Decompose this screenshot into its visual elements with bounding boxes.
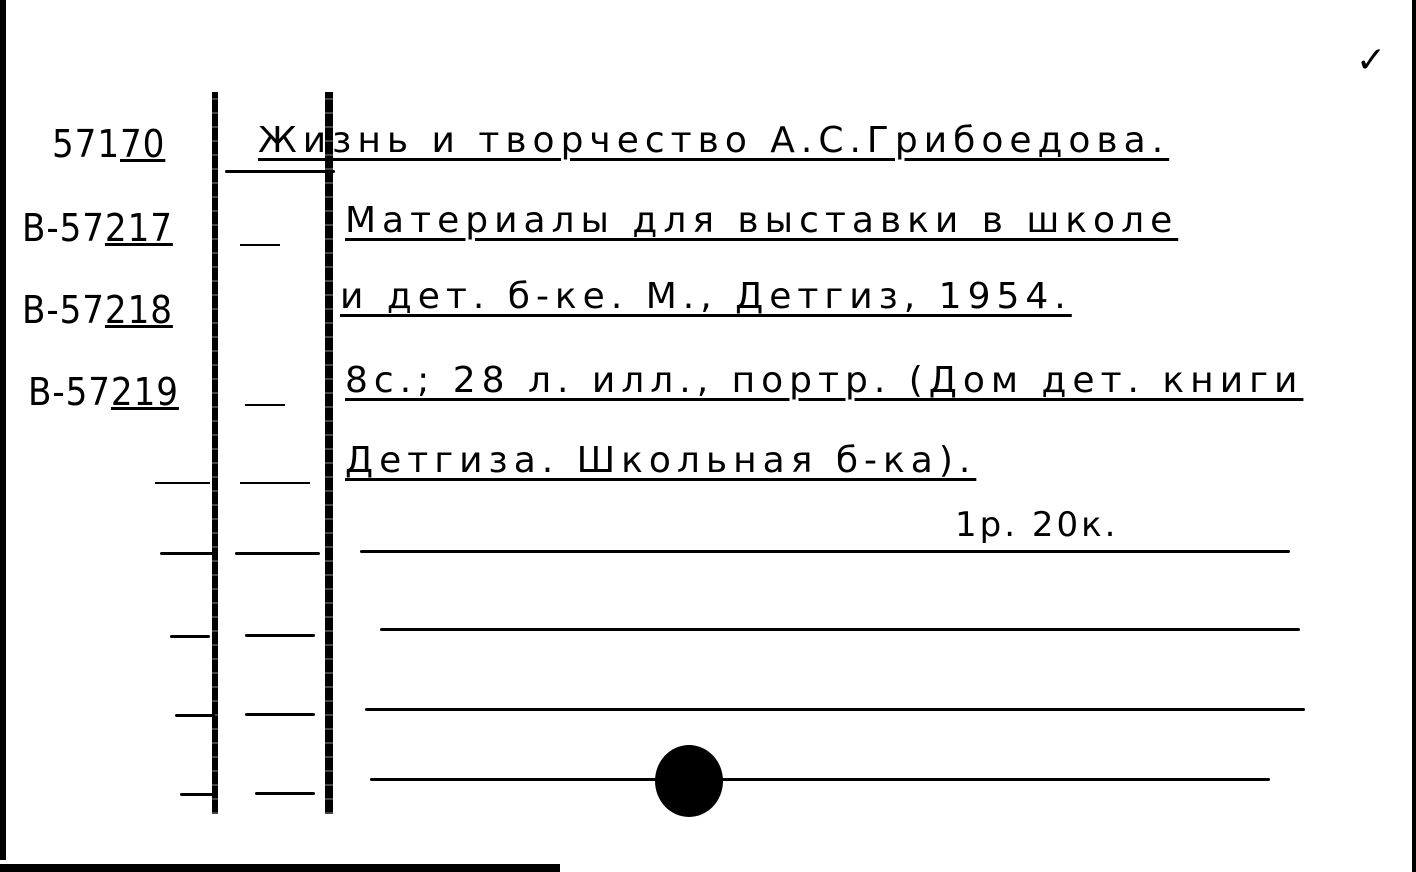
shelf-mark-3: В-57219 [28, 370, 179, 414]
entry-line-4: 8с.; 28 л. илл., портр. (Дом дет. книги [345, 360, 1303, 401]
ruled-line [245, 634, 315, 637]
ruled-line [255, 792, 315, 795]
title-underline-lead [225, 170, 335, 173]
dash [155, 482, 210, 484]
ruled-line [370, 778, 1270, 781]
column-divider-2 [325, 92, 333, 814]
dash [240, 244, 280, 246]
ruled-line [235, 552, 320, 555]
entry-line-2: Материалы для выставки в школе [345, 200, 1178, 241]
price: 1р. 20к. [955, 505, 1118, 545]
dash [240, 482, 310, 484]
column-divider-1 [212, 92, 218, 814]
entry-title-line: Жизнь и творчество А.С.Грибоедова. [258, 120, 1169, 161]
shelf-mark-2: В-57218 [22, 288, 173, 332]
shelf-mark-0: 57170 [52, 122, 165, 166]
catalog-card: ✓ 57170 В-57217 В-57218 В-57219 Жизнь и … [0, 0, 1416, 872]
ruled-line [360, 550, 1290, 553]
ruled-line [175, 714, 215, 717]
entry-line-3: и дет. б-ке. М., Детгиз, 1954. [340, 276, 1072, 317]
punch-hole [655, 745, 723, 817]
ruled-line [180, 793, 215, 796]
ruled-line [365, 708, 1305, 711]
card-edge-left [0, 0, 6, 860]
card-edge-bottom [0, 864, 560, 872]
card-edge-right [1412, 0, 1416, 872]
ruled-line [245, 713, 315, 716]
shelf-mark-1: В-57217 [22, 206, 173, 250]
entry-line-5: Детгиза. Школьная б-ка). [345, 440, 976, 481]
ruled-line [380, 628, 1300, 631]
ruled-line [170, 635, 210, 638]
dash [245, 404, 285, 406]
check-mark-icon: ✓ [1356, 40, 1386, 81]
ruled-line [160, 552, 215, 555]
